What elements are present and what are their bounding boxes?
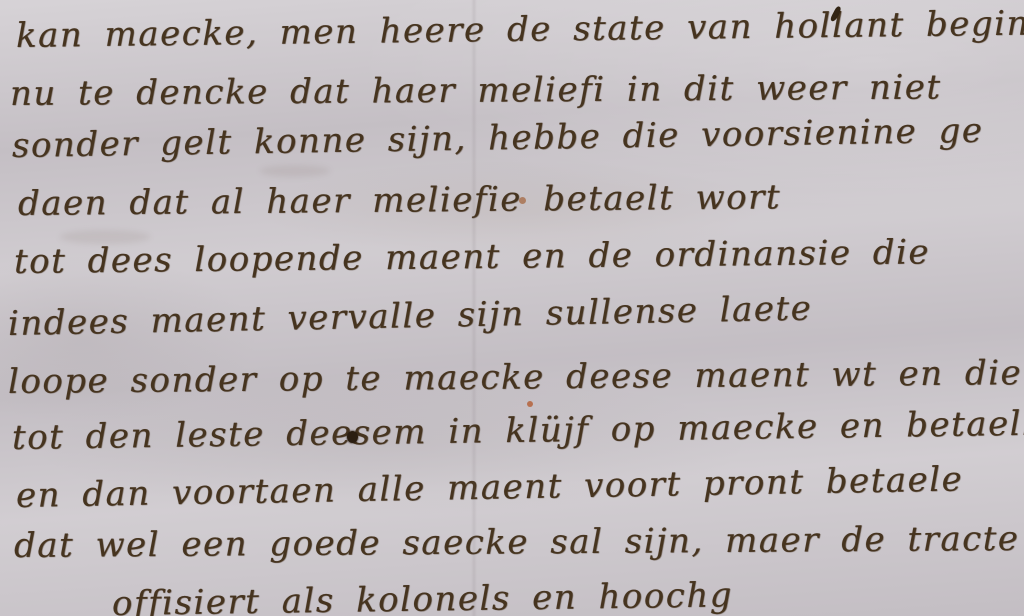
manuscript-line-partial: offisiert als kolonels en hoochg (112, 575, 734, 616)
manuscript-line: en dan voortaen alle maent voort pront b… (16, 459, 964, 516)
manuscript-line: daen dat al haer meliefie betaelt wort (18, 177, 781, 224)
manuscript-line: nu te dencke dat haer meliefi in dit wee… (10, 67, 942, 114)
manuscript-line: kan maecke, men heere de state van holla… (16, 3, 1024, 56)
manuscript-line: loope sonder op te maecke deese maent wt… (8, 353, 1022, 402)
paper-smudge (260, 165, 330, 177)
manuscript-line: tot dees loopende maent en de ordinansie… (14, 232, 930, 282)
manuscript-page: kan maecke, men heere de state van holla… (0, 0, 1024, 616)
manuscript-line: sonder gelt konne sijn, hebbe die voorsi… (12, 111, 984, 166)
manuscript-line: indees maent vervalle sijn sullense laet… (8, 289, 813, 344)
ink-speck (527, 401, 533, 407)
manuscript-line: tot den leste deesem in klüjf op maecke … (12, 403, 1024, 458)
manuscript-line: dat wel een goede saecke sal sijn, maer … (14, 519, 1020, 566)
